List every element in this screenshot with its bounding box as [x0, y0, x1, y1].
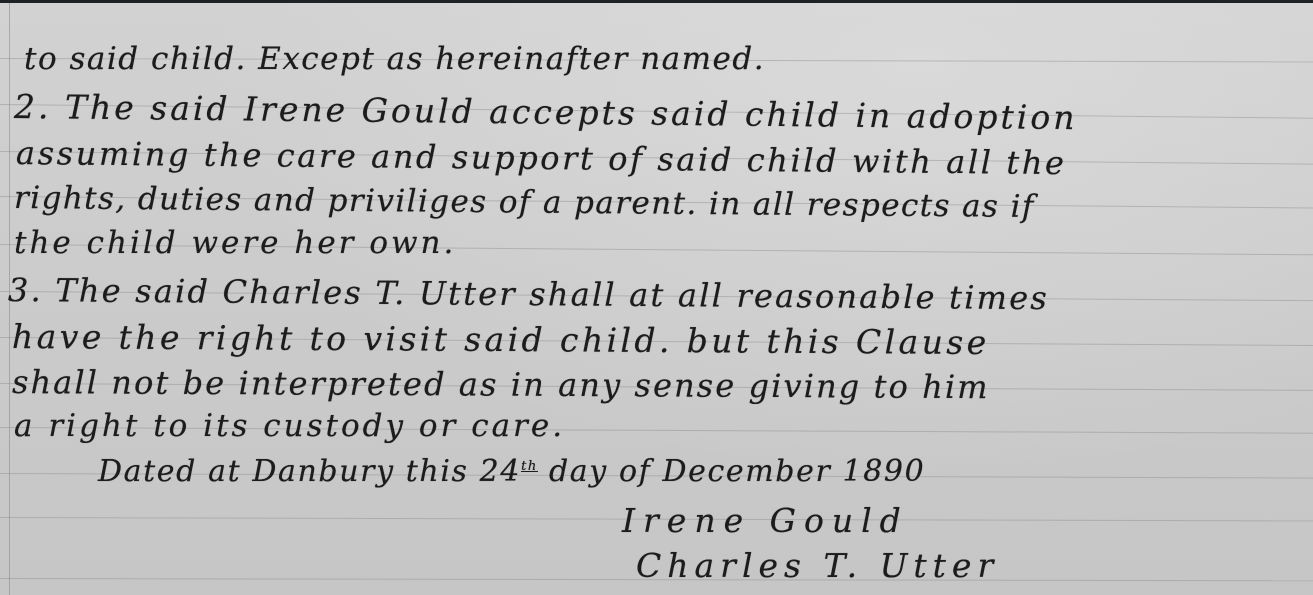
text-line-9: a right to its custody or care. — [14, 408, 565, 444]
dated-ordinal: th — [521, 459, 538, 474]
text-line-4: rights, duties and priviliges of a paren… — [14, 180, 1035, 225]
signature-irene-gould: Irene Gould — [622, 501, 909, 540]
text-line-2: 2. The said Irene Gould accepts said chi… — [14, 87, 1078, 137]
dated-line: Dated at Danbury this 24th day of Decemb… — [98, 454, 925, 489]
document-viewer: to said child. Except as hereinafter nam… — [0, 0, 1313, 595]
text-line-6: 3. The said Charles T. Utter shall at al… — [8, 271, 1049, 317]
text-line-7: have the right to visit said child. but … — [12, 317, 990, 362]
dated-suffix: day of December 1890 — [549, 454, 925, 489]
signature-charles-t-utter: Charles T. Utter — [636, 546, 999, 585]
text-line-8: shall not be interpreted as in any sense… — [12, 363, 990, 406]
text-line-5: the child were her own. — [14, 225, 456, 261]
text-line-1: to said child. Except as hereinafter nam… — [24, 41, 765, 77]
dated-prefix: Dated at Danbury this 24 — [98, 454, 521, 489]
text-line-3: assuming the care and support of said ch… — [16, 134, 1067, 182]
scanned-ledger-page: to said child. Except as hereinafter nam… — [0, 3, 1313, 595]
